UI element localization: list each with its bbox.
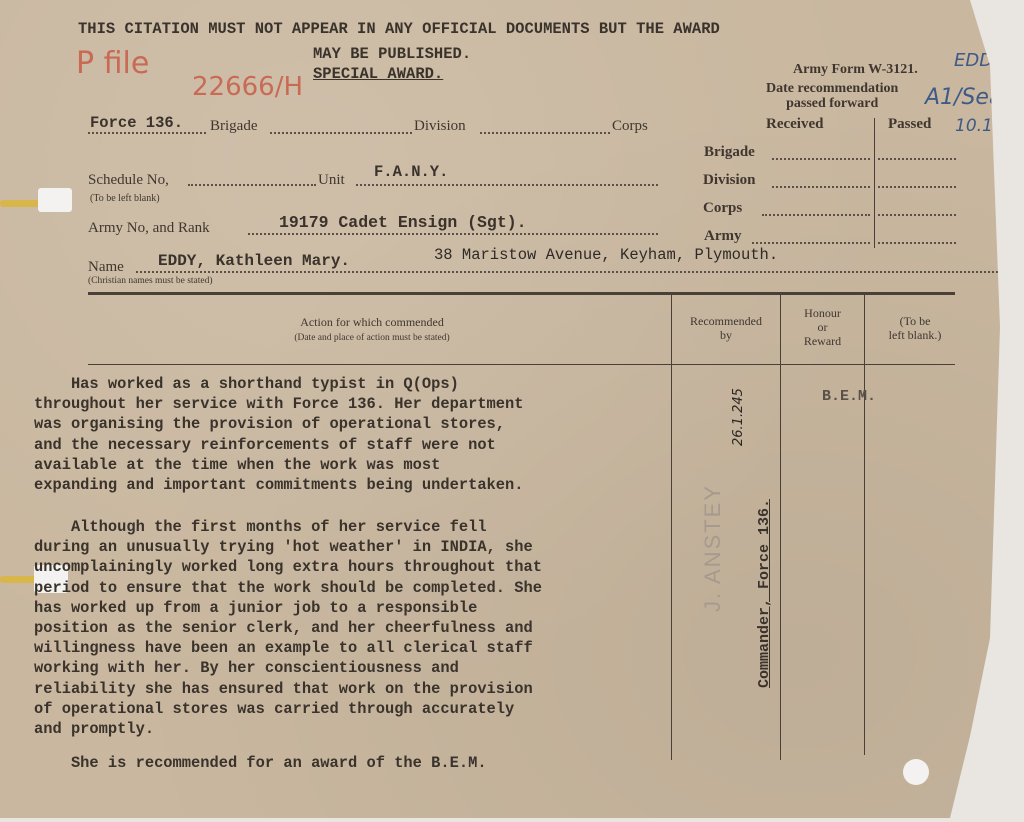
citation-paragraph-1: Has worked as a shorthand typist in Q(Op… bbox=[34, 374, 694, 495]
special-award-heading: SPECIAL AWARD. bbox=[313, 65, 443, 83]
address-value: 38 Maristow Avenue, Keyham, Plymouth. bbox=[434, 246, 778, 264]
routing-division-received-line bbox=[772, 186, 870, 188]
routing-division-passed-line bbox=[878, 186, 956, 188]
name-value: EDDY, Kathleen Mary. bbox=[158, 252, 350, 270]
corps-label: Corps bbox=[612, 118, 648, 135]
division-label: Division bbox=[414, 118, 466, 135]
table-top-rule bbox=[88, 292, 955, 295]
date-recommendation-label: Date recommendation passed forward bbox=[766, 81, 898, 111]
citation-notice-line2: MAY BE PUBLISHED. bbox=[313, 45, 471, 63]
received-label: Received bbox=[766, 116, 823, 133]
army-no-rank-line bbox=[248, 233, 658, 235]
routing-corps-label: Corps bbox=[703, 200, 742, 217]
header-recommended-by: Recommended by bbox=[672, 314, 780, 342]
citation-form-page: THIS CITATION MUST NOT APPEAR IN ANY OFF… bbox=[0, 0, 1000, 818]
header-left-blank: (To be left blank.) bbox=[865, 314, 965, 342]
routing-brigade-received-line bbox=[772, 158, 870, 160]
routing-army-label: Army bbox=[704, 228, 742, 245]
passed-label: Passed bbox=[888, 116, 931, 133]
routing-army-received-line bbox=[752, 242, 870, 244]
division-line bbox=[480, 132, 610, 134]
formation-line bbox=[88, 132, 206, 134]
handwritten-surname: EDD. bbox=[954, 50, 999, 71]
passed-value: 10.1.4 bbox=[955, 116, 1009, 136]
name-line bbox=[136, 271, 1002, 273]
citation-notice-line1: THIS CITATION MUST NOT APPEAR IN ANY OFF… bbox=[78, 20, 720, 38]
unit-value: F.A.N.Y. bbox=[374, 163, 448, 181]
table-divider-honour bbox=[780, 295, 781, 760]
unit-line bbox=[356, 184, 658, 186]
file-number: 22666/H bbox=[192, 72, 303, 102]
army-form-number: Army Form W-3121. bbox=[793, 62, 918, 78]
date-recommendation-value: A1/Sea bbox=[925, 85, 1002, 110]
binder-string-bottom bbox=[0, 576, 38, 583]
army-no-rank-value: 19179 Cadet Ensign (Sgt). bbox=[279, 213, 527, 232]
table-divider-blank bbox=[864, 295, 865, 755]
citation-paragraph-2: Although the first months of her service… bbox=[34, 517, 694, 739]
routing-division-label: Division bbox=[703, 172, 756, 189]
file-annotation: P file bbox=[76, 46, 149, 81]
routing-divider bbox=[874, 118, 875, 248]
brigade-line bbox=[270, 132, 412, 134]
binder-string-top bbox=[0, 200, 42, 207]
routing-brigade-passed-line bbox=[878, 158, 956, 160]
citation-paragraph-3: She is recommended for an award of the B… bbox=[34, 753, 694, 773]
routing-corps-passed-line bbox=[878, 214, 956, 216]
table-header-rule bbox=[88, 364, 955, 365]
schedule-line bbox=[188, 184, 316, 186]
army-no-rank-label: Army No, and Rank bbox=[88, 220, 210, 237]
punch-hole-corner bbox=[903, 759, 929, 785]
honour-value: B.E.M. bbox=[822, 388, 876, 405]
routing-brigade-label: Brigade bbox=[704, 144, 755, 161]
unit-label: Unit bbox=[318, 172, 345, 189]
header-action: Action for which commended (Date and pla… bbox=[260, 314, 484, 346]
schedule-note: (To be left blank) bbox=[90, 193, 160, 204]
name-label: Name bbox=[88, 259, 124, 276]
schedule-label: Schedule No, bbox=[88, 172, 169, 189]
punch-hole-top bbox=[38, 188, 72, 212]
recommended-by-stamp: J. ANSTEY bbox=[700, 484, 726, 612]
recommended-date: 26.1.245 bbox=[731, 388, 746, 446]
routing-army-passed-line bbox=[878, 242, 956, 244]
header-honour-reward: Honour or Reward bbox=[781, 306, 864, 348]
name-note: (Christian names must be stated) bbox=[88, 276, 213, 286]
routing-corps-received-line bbox=[762, 214, 870, 216]
formation-value: Force 136. bbox=[90, 114, 183, 132]
recommended-by-signature: Commander, Force 136. bbox=[756, 499, 773, 688]
brigade-label: Brigade bbox=[210, 118, 257, 135]
